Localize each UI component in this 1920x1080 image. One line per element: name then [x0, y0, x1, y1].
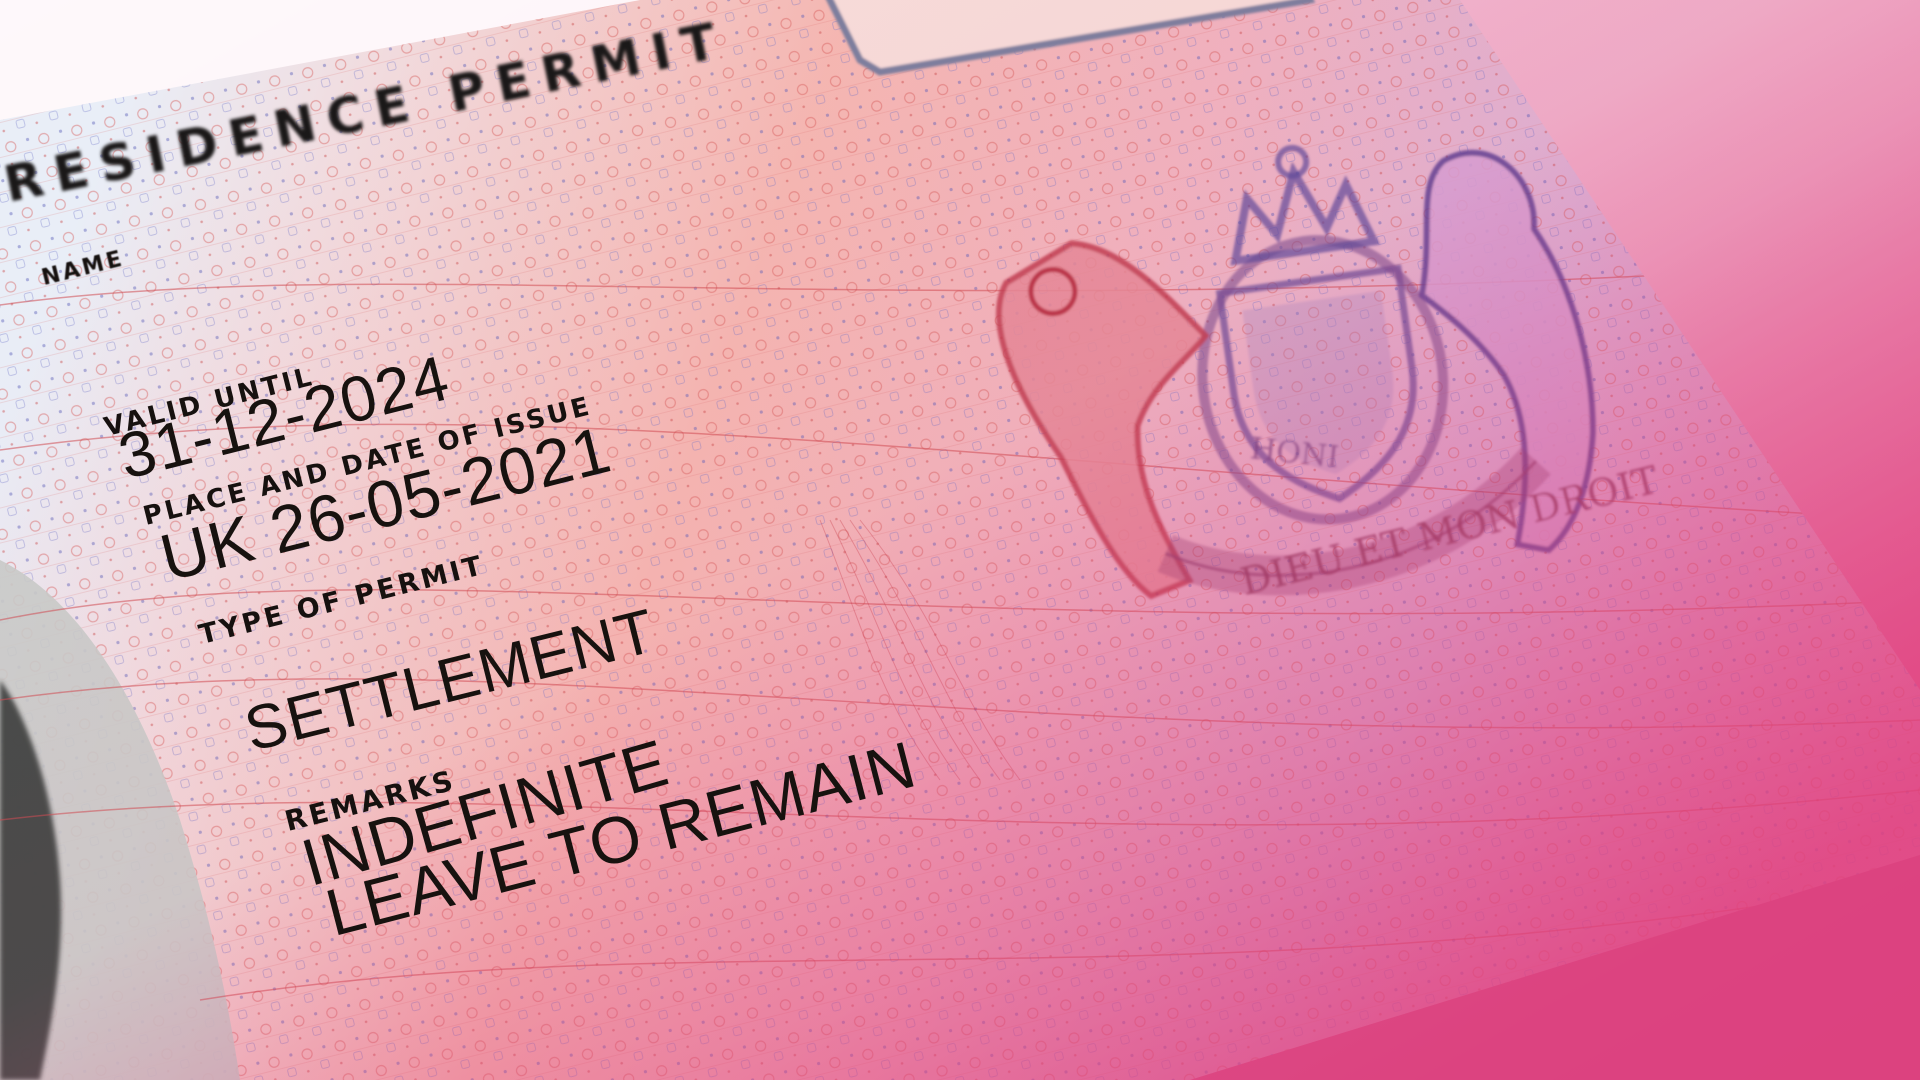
- residence-permit-photo: DIEU ET MON DROIT HONI RESIDENCE PERMIT …: [0, 0, 1920, 1080]
